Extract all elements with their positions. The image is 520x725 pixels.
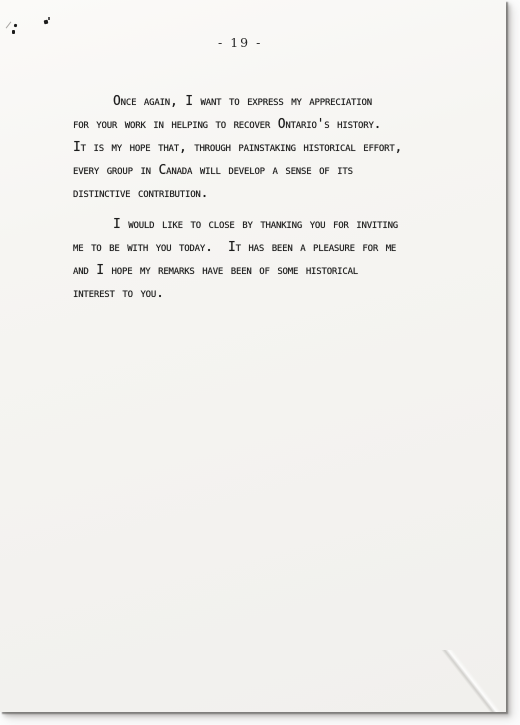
- text-line: interest to you.: [73, 282, 398, 305]
- page-curl-crease: [434, 650, 506, 712]
- text-line: and I hope my remarks have been of some …: [73, 259, 398, 282]
- text-line: I would like to close by thanking you fo…: [73, 213, 398, 236]
- ink-dot-mark: [14, 24, 18, 28]
- ink-dot-mark: [12, 30, 15, 34]
- text-line: for your work in helping to recover Onta…: [73, 113, 402, 136]
- ink-speck-mark: [44, 20, 49, 25]
- text-line: every group in Canada will develop a sen…: [73, 159, 402, 182]
- text-line: Once again, I want to express my appreci…: [73, 90, 402, 113]
- ink-smudge-mark: [6, 22, 12, 29]
- scanned-page: - 19 - Once again, I want to express my …: [0, 0, 506, 712]
- page-number: - 19 -: [218, 35, 262, 50]
- text-line: It is my hope that, through painstaking …: [73, 136, 402, 159]
- paragraph-closing: I would like to close by thanking you fo…: [73, 213, 398, 305]
- text-line: distinctive contribution.: [73, 182, 402, 205]
- ink-speck-mark: [48, 17, 50, 20]
- paragraph-appreciation: Once again, I want to express my appreci…: [73, 90, 402, 205]
- text-line: me to be with you today. It has been a p…: [73, 236, 398, 259]
